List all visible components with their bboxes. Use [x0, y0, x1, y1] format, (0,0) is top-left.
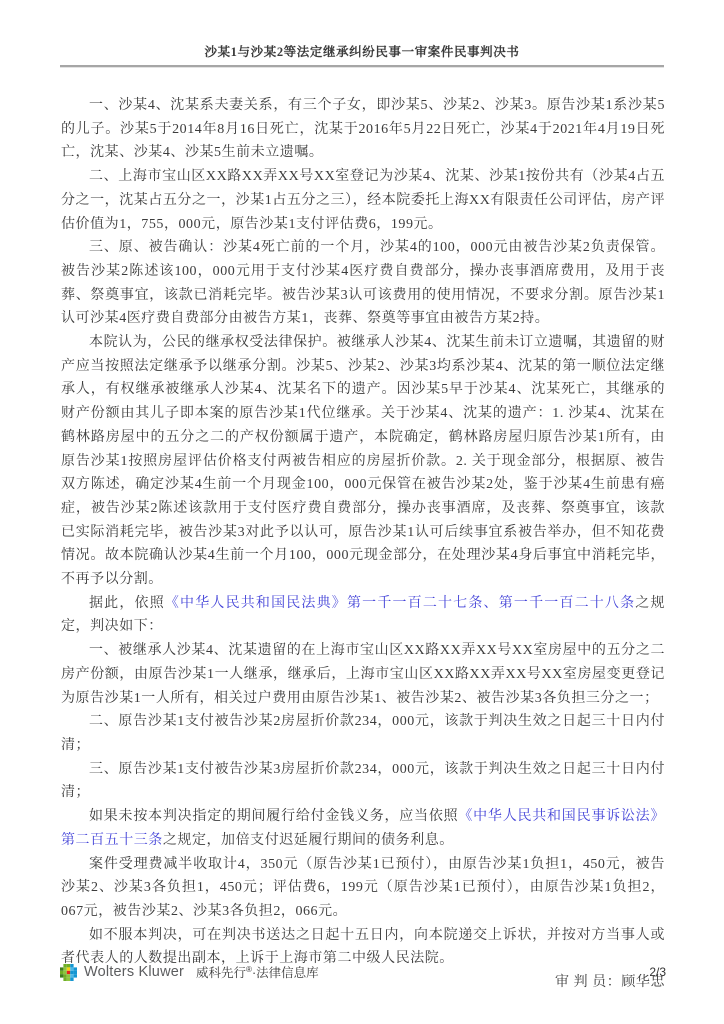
fact-paragraph-1: 一、沙某4、沈某系夫妻关系，有三个子女，即沙某5、沙某2、沙某3。原告沙某1系沙… — [61, 94, 665, 165]
text-run: 如不服本判决，可在判决书送达之日起十五日内，向本院递交上诉状，并按对方当事人或者… — [61, 928, 665, 967]
text-run: 据此，依照 — [89, 596, 165, 611]
text-run: 一、被继承人沙某4、沈某遗留的在上海市宝山区XX路XX弄XX号XX室房屋中的五分… — [61, 643, 665, 705]
document-body: 一、沙某4、沈某系夫妻关系，有三个子女，即沙某5、沙某2、沙某3。原告沙某1系沙… — [61, 94, 665, 995]
product-name: 威科先行®·法律信息库 — [196, 963, 319, 981]
judgment-item-3: 三、原告沙某1支付被告沙某3房屋折价款234，000元，该款于判决生效之日起三十… — [61, 758, 665, 805]
document-title: 沙某1与沙某2等法定继承纠纷民事一审案件民事判决书 — [60, 42, 664, 60]
brand-area: Wolters Kluwer 威科先行®·法律信息库 — [60, 963, 319, 981]
judgment-document-page: 沙某1与沙某2等法定继承纠纷民事一审案件民事判决书 一、沙某4、沈某系夫妻关系，… — [0, 0, 724, 1024]
text-run: 案件受理费减半收取计4，350元（原告沙某1已预付），由原告沙某1负担1，450… — [61, 857, 665, 919]
statute-link[interactable]: 《中华人民共和国民事诉讼法》 — [458, 809, 665, 824]
fees-allocation: 案件受理费减半收取计4，350元（原告沙某1已预付），由原告沙某1负担1，450… — [61, 853, 665, 924]
text-run: 一、沙某4、沈某系夫妻关系，有三个子女，即沙某5、沙某2、沙某3。原告沙某1系沙… — [61, 98, 665, 160]
text-run: 三、原、被告确认：沙某4死亡前的一个月，沙某4的100，000元由被告沙某2负责… — [61, 240, 665, 326]
text-run: 如果未按本判决指定的期间履行给付金钱义务，应当依照 — [89, 809, 458, 824]
wolters-kluwer-logo-icon — [60, 964, 77, 981]
statute-link[interactable]: 、 — [484, 596, 499, 611]
judgment-item-2: 二、原告沙某1支付被告沙某2房屋折价款234，000元，该款于判决生效之日起三十… — [61, 710, 665, 757]
page-number: 2/3 — [649, 965, 666, 979]
page-footer: Wolters Kluwer 威科先行®·法律信息库 2/3 — [60, 963, 666, 981]
text-run: 二、上海市宝山区XX路XX弄XX号XX室登记为沙某4、沈某、沙某1按份共有（沙某… — [61, 169, 665, 231]
statute-link[interactable]: 第一千一百二十八条 — [499, 596, 636, 611]
product-suffix: ·法律信息库 — [252, 966, 319, 980]
title-divider — [60, 65, 664, 68]
text-run: 之规定，加倍支付迟延履行期间的债务利息。 — [163, 833, 454, 848]
fact-paragraph-3: 三、原、被告确认：沙某4死亡前的一个月，沙某4的100，000元由被告沙某2负责… — [61, 236, 665, 331]
statute-link[interactable]: 第一千一百二十七条 — [347, 596, 484, 611]
text-run: 本院认为，公民的继承权受法律保护。被继承人沙某4、沈某生前未订立遗嘱，其遗留的财… — [61, 335, 665, 587]
brand-name: Wolters Kluwer — [84, 964, 184, 980]
product-title: 威科先行 — [196, 966, 246, 980]
statute-link[interactable]: 《中华人民共和国民法典》 — [165, 596, 347, 611]
text-run: 二、原告沙某1支付被告沙某2房屋折价款234，000元，该款于判决生效之日起三十… — [61, 714, 665, 753]
fact-paragraph-2: 二、上海市宝山区XX路XX弄XX号XX室登记为沙某4、沈某、沙某1按份共有（沙某… — [61, 165, 665, 236]
court-opinion: 本院认为，公民的继承权受法律保护。被继承人沙某4、沈某生前未订立遗嘱，其遗留的财… — [61, 331, 665, 592]
judgment-item-1: 一、被继承人沙某4、沈某遗留的在上海市宝山区XX路XX弄XX号XX室房屋中的五分… — [61, 639, 665, 710]
statute-link[interactable]: 第二百五十三条 — [61, 833, 163, 848]
text-run: 三、原告沙某1支付被告沙某3房屋折价款234，000元，该款于判决生效之日起三十… — [61, 762, 665, 801]
ruling-basis: 据此，依照《中华人民共和国民法典》第一千一百二十七条、第一千一百二十八条之规定，… — [61, 592, 665, 639]
late-payment-clause: 如果未按本判决指定的期间履行给付金钱义务，应当依照《中华人民共和国民事诉讼法》第… — [61, 805, 665, 852]
